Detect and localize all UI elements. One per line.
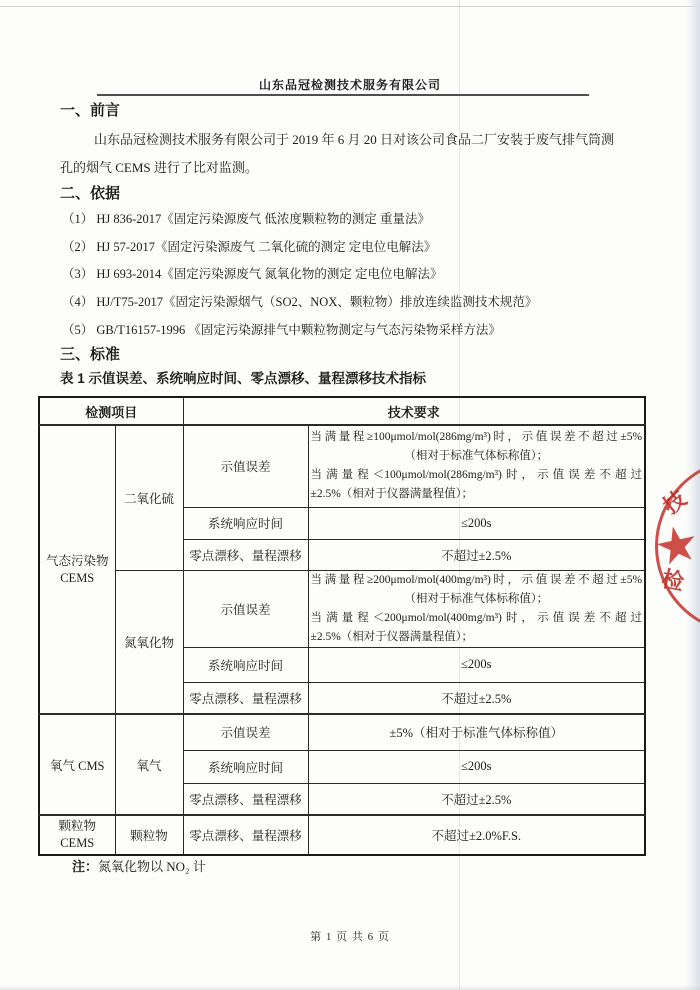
req-nox-error-line1: 当满量程≥200μmol/mol(400mg/m³)时，示值误差不超过±5% [311,571,643,590]
cell-param-pm: 颗粒物 [115,815,183,855]
cell-item-so2-error: 示值误差 [183,425,308,507]
scan-edge-bottom [0,985,700,990]
cell-item-so2-drift: 零点漂移、量程漂移 [183,539,308,570]
cell-param-nox: 氮氧化物 [115,570,183,714]
req-so2-error-line3: 当满量程＜100μmol/mol(286mg/m³)时，示值误差不超过 [311,466,643,485]
cell-req-so2-response: ≤200s [308,507,645,539]
req-so2-error-line4: ±2.5%（相对于仪器满量程值）； [311,485,643,504]
cell-system-pm-line2: CEMS [42,835,113,852]
page-number-footer: 第 1 页 共 6 页 [0,928,700,944]
section-heading-preface: 一、前言 [60,99,120,120]
section-heading-basis: 二、依据 [60,182,120,203]
cell-req-o2-response: ≤200s [308,750,645,783]
cell-param-o2: 氧气 [115,714,183,815]
cell-req-o2-drift: 不超过±2.5% [308,783,645,815]
cell-req-pm-drift: 不超过±2.0%F.S. [308,815,645,855]
cell-item-so2-response: 系统响应时间 [183,507,308,539]
cell-item-o2-drift: 零点漂移、量程漂移 [183,783,308,815]
table-note-text: 氮氧化物以 NO₂ 计 [98,859,206,874]
preface-paragraph-line2: 孔的烟气 CEMS 进行了比对监测。 [60,159,646,177]
reference-item-4: （4） HJ/T75-2017《固定污染源烟气（SO2、NOX、颗粒物）排放连续… [62,292,646,310]
cell-req-so2-drift: 不超过±2.5% [308,539,645,570]
cell-item-pm-drift: 零点漂移、量程漂移 [183,815,308,855]
cell-req-o2-error: ±5%（相对于标准气体标称值） [308,714,645,750]
req-so2-error-line2: （相对于标准气体标称值）； [311,447,643,466]
cell-item-nox-error: 示值误差 [183,570,308,647]
cell-system-pm-line1: 颗粒物 [42,818,113,835]
cell-item-o2-response: 系统响应时间 [183,750,308,783]
cell-system-gas: 气态污染物 CEMS [39,425,115,714]
table-header-item: 检测项目 [39,397,183,425]
req-nox-error-line3: 当满量程＜200μmol/mol(400mg/m³)时，示值误差不超过 [311,609,643,628]
reference-item-1: （1） HJ 836-2017《固定污染源废气 低浓度颗粒物的测定 重量法》 [62,209,646,227]
header-rule [97,94,589,96]
cell-item-nox-response: 系统响应时间 [183,647,308,682]
scan-edge-top [0,6,700,7]
cell-req-nox-response: ≤200s [308,647,645,682]
cell-item-o2-error: 示值误差 [183,714,308,750]
document-page: 山东品冠检测技术服务有限公司 一、前言 山东品冠检测技术服务有限公司于 2019… [0,0,700,990]
req-nox-error-line2: （相对于标准气体标称值）； [311,590,643,609]
seal-char-bottom: 检 [659,562,687,597]
req-nox-error-line4: ±2.5%（相对于仪器满量程值）； [311,628,643,647]
scan-edge-right [686,0,700,990]
cell-system-pm: 颗粒物 CEMS [39,815,115,855]
preface-paragraph-line1: 山东品冠检测技术服务有限公司于 2019 年 6 月 20 日对该公司食品二厂安… [60,131,646,149]
cell-req-so2-error: 当满量程≥100μmol/mol(286mg/m³)时，示值误差不超过±5% （… [308,425,645,507]
cell-req-nox-error: 当满量程≥200μmol/mol(400mg/m³)时，示值误差不超过±5% （… [308,570,645,647]
cell-item-nox-drift: 零点漂移、量程漂移 [183,682,308,714]
spec-table: 检测项目 技术要求 气态污染物 CEMS 二氧化硫 示值误差 当满量程≥100μ… [38,396,646,856]
cell-param-so2: 二氧化硫 [115,425,183,570]
table-note: 注：氮氧化物以 NO₂ 计 [72,856,206,875]
cell-req-nox-drift: 不超过±2.5% [308,682,645,714]
reference-item-2: （2） HJ 57-2017《固定污染源废气 二氧化硫的测定 定电位电解法》 [62,237,646,255]
req-so2-error-line1: 当满量程≥100μmol/mol(286mg/m³)时，示值误差不超过±5% [311,428,643,447]
table-caption: 表 1 示值误差、系统响应时间、零点漂移、量程漂移技术指标 [60,367,426,387]
section-heading-standard: 三、标准 [60,343,120,364]
cell-system-gas-line2: CEMS [42,570,113,587]
reference-item-3: （3） HJ 693-2014《固定污染源废气 氮氧化物的测定 定电位电解法》 [62,264,646,282]
reference-item-5: （5） GB/T16157-1996 《固定污染源排气中颗粒物测定与气态污染物采… [62,320,646,338]
document-header-title: 山东品冠检测技术服务有限公司 [0,76,700,93]
cell-system-gas-line1: 气态污染物 [42,553,113,570]
table-note-label: 注： [72,859,98,874]
cell-system-o2: 氧气 CMS [39,714,115,815]
table-header-requirement: 技术要求 [183,397,645,425]
